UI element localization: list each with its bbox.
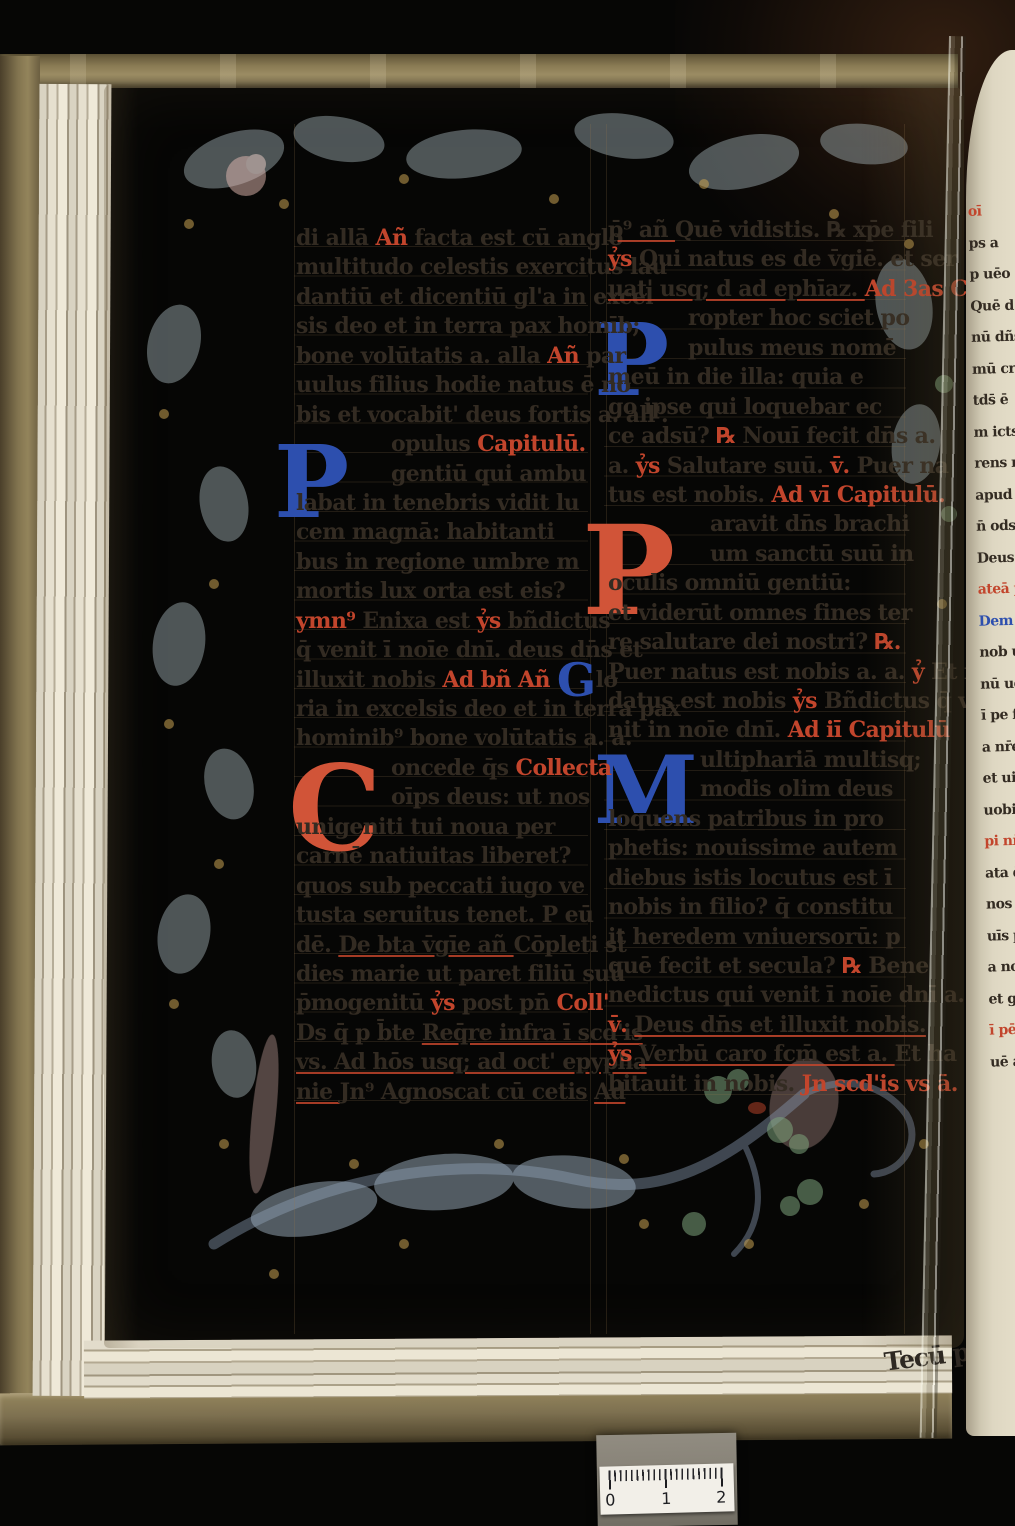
text-line: ī pēa — [989, 1014, 1015, 1047]
text-line: unigeniti tui noua per — [296, 813, 588, 842]
text-line: q̄ venit ī noīe dnī. deus dn̄s et — [296, 636, 588, 665]
text-line: oīps deus: ut nos — [296, 783, 588, 812]
text-segment: ỷs — [793, 688, 824, 714]
text-segment: uobis ō — [983, 801, 1015, 818]
text-line: tds̄ ē — [972, 384, 1015, 417]
text-line: bone volūtatis a. alla Añ par — [296, 342, 588, 371]
text-line: ata q̄ c — [985, 857, 1015, 890]
text-line: phetis: nouissime autem — [608, 834, 908, 863]
text-segment: ps a — [968, 235, 998, 252]
text-line: p uēo — [969, 258, 1015, 291]
text-segment: Ds q̄ p b̄te — [296, 1020, 422, 1046]
text-line: modis olim deus — [608, 775, 908, 804]
text-line: uīs p re — [986, 920, 1015, 953]
text-segment: De bta v̄gīe añ — [338, 932, 513, 958]
text-line: re salutare dei nostri? ℞. — [608, 628, 908, 657]
text-segment: quos sub peccati iugo ve — [296, 873, 585, 899]
text-segment: p uēo — [969, 266, 1010, 283]
text-line: opulus Capitulū. — [296, 430, 588, 459]
text-line: cem magnā: habitanti — [296, 518, 588, 547]
text-segment: et uia — [982, 770, 1015, 787]
text-segment: dē. — [296, 932, 338, 958]
text-line: gentiū qui ambu — [296, 460, 588, 489]
text-segment: et gnua — [988, 990, 1015, 1007]
text-segment: Enixa est — [362, 608, 476, 634]
text-line: nie Jn⁹ Agnoscat cū cetis Ad — [296, 1078, 588, 1107]
text-segment: uīs p re — [987, 927, 1015, 944]
text-line: p̄mogenitū ỷs post pn̄ Coll' — [296, 989, 588, 1018]
text-segment: dantiū et dicentiū gl'a in excel — [296, 284, 653, 310]
text-line: diebus istis locutus est ī — [608, 864, 908, 893]
text-segment: tusta seruitus tenet. P eū — [296, 902, 593, 928]
text-line: ultiphariā multisq; — [608, 746, 908, 775]
facing-page-sliver: oīps ap uēoQuē dnū dñsmū critds̄ ēm icts… — [966, 50, 1015, 1436]
text-line: illuxit nobis Ad bñ Añ Glo — [296, 666, 588, 695]
text-segment: gentiū qui ambu — [391, 461, 586, 487]
text-segment: Deus q̄ — [977, 549, 1015, 566]
text-segment: Añ — [547, 343, 586, 369]
text-segment: Dem — [978, 612, 1013, 629]
text-line: go ipse qui loquebar ec — [608, 393, 908, 422]
text-column-right: p̄⁹ añ Quē vidistis. ℞ xp̄e filiỷs Qui n… — [608, 216, 908, 1099]
text-segment: carnē natiuitas liberet? — [296, 843, 571, 869]
manuscript-photo-scene: P C P P M di allā Añ facta est cū anglom… — [0, 0, 1015, 1526]
text-segment: ata q̄ c — [985, 864, 1015, 881]
text-line: a nr̄e g — [981, 731, 1015, 764]
text-segment: bñdictus — [508, 608, 610, 634]
text-line: ỷs Qui natus es de v̄giē. et ser — [608, 245, 908, 274]
text-segment: datus est nobis — [608, 688, 793, 714]
text-segment: Et ha — [895, 1041, 957, 1067]
ruling-vertical-1 — [294, 124, 295, 1334]
text-segment: bone volūtatis a. alla — [296, 343, 547, 369]
text-segment: oīps deus: ut nos — [391, 784, 590, 810]
text-segment: ℞ — [842, 953, 868, 979]
text-line: nedictus qui venit ī noīe dnī a. a. — [608, 981, 908, 1010]
text-segment: m icts — [973, 423, 1015, 440]
text-line: ce adsū? ℞ Nouī fecit dn̄s a. — [608, 422, 908, 451]
text-line: et viderūt omnes fines ter — [608, 599, 908, 628]
text-segment: vs. Ad hōs usq; ad oct' epypha — [296, 1049, 647, 1075]
text-segment: nob uē — [979, 643, 1015, 660]
text-segment: opulus — [391, 431, 477, 457]
text-segment: ỷs — [608, 1041, 639, 1067]
text-line: rens ru — [974, 447, 1015, 480]
text-segment: aravit dn̄s brachi — [710, 511, 909, 537]
text-segment: et viderūt omnes fines ter — [608, 600, 912, 626]
ruler-label-0: 0 — [605, 1490, 616, 1509]
text-segment: Deus dn̄s et illuxit nobis. — [634, 1012, 926, 1038]
text-segment: tds̄ ē — [973, 392, 1009, 409]
text-segment: nit in noīe dnī. — [608, 717, 788, 743]
text-segment: pulus meus nomē — [688, 335, 896, 361]
text-line: oī — [967, 195, 1015, 228]
text-line: nit in noīe dnī. Ad iī Capitulū — [608, 716, 908, 745]
text-line: nū dñs — [971, 321, 1015, 354]
text-segment: apud d — [975, 486, 1015, 503]
text-line: vs. Ad hōs usq; ad oct' epypha — [296, 1048, 588, 1077]
text-line: ria in excelsis deo et in terra pax — [296, 695, 588, 724]
text-segment: dies marie ut paret filiū suū — [296, 961, 625, 987]
text-segment: Puer natus est nobis a. a. — [608, 659, 912, 685]
text-line: datus est nobis ỷs Bñdictus q̄ ve — [608, 687, 908, 716]
text-segment: phetis: nouissime autem — [608, 835, 897, 861]
text-line: dies marie ut paret filiū suū — [296, 960, 588, 989]
text-line: tusta seruitus tenet. P eū — [296, 901, 588, 930]
text-line: ỷs Verbū caro fcm̄ est a. Et ha — [608, 1040, 908, 1069]
text-line: ī pe ſint — [981, 699, 1015, 732]
text-segment: uat' usq; d ad ephīaz. — [608, 276, 865, 302]
text-segment: Ad iī Capitulū — [788, 717, 950, 743]
text-segment: nū uob — [980, 675, 1015, 692]
text-segment: go ipse qui loquebar ec — [608, 394, 882, 420]
text-segment: v̄. — [608, 1012, 634, 1038]
text-segment: ỷs — [636, 453, 667, 479]
text-segment: ỷs — [477, 608, 508, 634]
text-segment: mortis lux orta est eis? — [296, 578, 565, 604]
text-segment: Collecta — [516, 755, 612, 781]
text-segment: Jn⁹ — [340, 1079, 381, 1105]
text-line: multitudo celestis exercitus lau — [296, 253, 588, 282]
text-segment: re salutare dei nostri? — [608, 629, 875, 655]
text-segment: modis olim deus — [700, 776, 893, 802]
text-line: nobis in filio? q̄ constitu — [608, 893, 908, 922]
text-line: et uia — [982, 762, 1015, 795]
text-segment: a nr̄e g — [982, 738, 1015, 755]
text-segment: ī pe ſint — [981, 706, 1015, 723]
text-segment: Bñdictus q̄ ve — [824, 688, 984, 714]
text-segment: ropter hoc sciet po — [688, 305, 909, 331]
text-line: p̄⁹ añ Quē vidistis. ℞ xp̄e fili — [608, 216, 908, 245]
text-segment: tus est nobis. — [608, 482, 772, 508]
text-segment: nos p d — [986, 895, 1015, 912]
text-segment: Ad vī Capitulū. — [772, 482, 946, 508]
text-segment: ℞. — [875, 629, 901, 655]
book-cover-top-edge — [0, 54, 958, 88]
text-segment: ultiphariā multisq; — [700, 747, 921, 773]
text-line: mū cri — [972, 353, 1015, 386]
text-line: um sanctū suū in — [608, 540, 908, 569]
text-segment: p̄⁹ añ — [608, 217, 675, 243]
text-segment: Ad bñ Añ — [442, 667, 556, 693]
text-line: ropter hoc sciet po — [608, 304, 908, 333]
text-column-left: di allā Añ facta est cū anglomultitudo c… — [296, 224, 588, 1107]
text-line: mortis lux orta est eis? — [296, 577, 588, 606]
text-segment: Quē vidistis. ℞ xp̄e fili — [675, 217, 933, 243]
text-segment: Salutare suū. — [667, 453, 830, 479]
text-line: uulus filius hodie natus ē no — [296, 371, 588, 400]
text-line: ateā p̄s — [977, 573, 1015, 606]
text-line: nos p d — [986, 888, 1015, 921]
text-segment: diebus istis locutus est ī — [608, 865, 892, 891]
text-line: nū uob — [980, 668, 1015, 701]
text-line: aravit dn̄s brachi — [608, 510, 908, 539]
text-line: m icts — [973, 416, 1015, 449]
text-segment: oculis omniū gentiū: — [608, 570, 851, 596]
text-segment: meū in die illa: quia e — [608, 364, 863, 390]
text-segment: oncede q̄s — [391, 755, 516, 781]
text-line: dantiū et dicentiū gl'a in excel — [296, 283, 588, 312]
text-segment: uē a no — [990, 1053, 1015, 1070]
text-segment: loquens patribus in pro — [608, 806, 883, 832]
text-segment: nedictus qui venit ī noīe dnī a. a. — [608, 982, 992, 1008]
text-line: oncede q̄s Collecta — [296, 754, 588, 783]
text-segment: ce adsū? — [608, 423, 716, 449]
text-segment: labat in tenebris vidit lu — [296, 490, 579, 516]
text-segment: p̄mogenitū — [296, 990, 431, 1016]
text-segment: rens ru — [974, 454, 1015, 471]
text-segment: Qui natus es de v̄giē. et ser — [639, 246, 957, 272]
ruler-label-2: 2 — [716, 1487, 727, 1506]
text-line: sis deo et in terra pax homīb; — [296, 312, 588, 341]
text-line: pulus meus nomē — [608, 334, 908, 363]
text-segment: a. — [608, 453, 636, 479]
text-line: n̄ odsp — [976, 510, 1015, 543]
text-line: meū in die illa: quia e — [608, 363, 908, 392]
text-segment: cem magnā: habitanti — [296, 519, 554, 545]
text-segment: um sanctū suū in — [710, 541, 914, 567]
text-segment: Coll' — [556, 990, 609, 1016]
text-segment: Nouī fecit dn̄s a. — [742, 423, 935, 449]
text-segment: Verbū caro fcm̄ est a. — [639, 1041, 895, 1067]
text-line: ymn⁹ Enixa est ỷs bñdictus — [296, 607, 588, 636]
text-line: v̄. Deus dn̄s et illuxit nobis. — [608, 1011, 908, 1040]
text-line: a. ỷs Salutare suū. v̄. Puer na — [608, 452, 908, 481]
text-segment: mū cri — [972, 360, 1015, 377]
text-segment: Capitulū. — [477, 431, 585, 457]
text-segment: Jn scd'is vs ā. — [802, 1071, 958, 1097]
text-segment: illuxit nobis — [296, 667, 442, 693]
text-line: loquens patribus in pro — [608, 805, 908, 834]
text-segment: ℞ — [716, 423, 742, 449]
text-segment: quē fecit et secula? — [608, 953, 842, 979]
text-line: it heredem vniuersorū: p — [608, 923, 908, 952]
text-segment: nū dñs — [971, 329, 1015, 346]
text-segment: nobis in filio? q̄ constitu — [608, 894, 893, 920]
text-line: labat in tenebris vidit lu — [296, 489, 588, 518]
manuscript-page: P C P P M di allā Añ facta est cū anglom… — [104, 84, 964, 1348]
text-segment: a nobis — [987, 958, 1015, 975]
text-line: bis et vocabit' deus fortis a. all'. — [296, 401, 588, 430]
text-segment: ateā p̄s — [978, 580, 1015, 597]
facing-page-text-fragments: oīps ap uēoQuē dnū dñsmū critds̄ ēm icts… — [967, 195, 1015, 1078]
text-segment: unigeniti tui noua per — [296, 814, 555, 840]
text-segment: uulus filius hodie natus ē no — [296, 372, 630, 398]
text-line: Quē d — [970, 290, 1015, 323]
text-segment: bitauit in nobis. — [608, 1071, 802, 1097]
text-segment: bus in regione umbre m — [296, 549, 579, 575]
text-segment: Quē d — [970, 297, 1014, 314]
text-line: ps a — [968, 227, 1015, 260]
text-line: quos sub peccati iugo ve — [296, 872, 588, 901]
text-line: uobis ō — [983, 794, 1015, 827]
text-segment: post pn̄ — [462, 990, 557, 1016]
text-line: dē. De bta v̄gīe añ Cōpleti st̄ — [296, 931, 588, 960]
text-line: di allā Añ facta est cū anglo — [296, 224, 588, 253]
text-line: pi nr̄o — [984, 825, 1015, 858]
text-segment: ī pēa — [989, 1022, 1015, 1039]
text-line: bus in regione umbre m — [296, 548, 588, 577]
text-segment: hominib⁹ bone volūtatis a. a. — [296, 725, 632, 751]
text-segment: v̄. — [830, 453, 856, 479]
text-segment: Agnoscat cū cetis — [381, 1079, 594, 1105]
text-segment: ymn⁹ — [296, 608, 362, 634]
text-segment: it heredem vniuersorū: p — [608, 924, 900, 950]
text-line: uē a no — [990, 1046, 1015, 1079]
text-line: oculis omniū gentiū: — [608, 569, 908, 598]
text-segment: Bene — [868, 953, 928, 979]
text-segment: ỷs — [431, 990, 462, 1016]
text-segment: oī — [968, 204, 982, 220]
cm-scale-ruler: 0 1 2 — [599, 1463, 734, 1514]
text-segment: Añ — [375, 225, 414, 251]
text-segment: pi nr̄o — [984, 833, 1015, 850]
text-line: hominib⁹ bone volūtatis a. a. — [296, 724, 588, 753]
text-segment: di allā — [296, 225, 375, 251]
text-segment: nie — [296, 1079, 340, 1105]
text-line: tus est nobis. Ad vī Capitulū. — [608, 481, 908, 510]
text-segment: ỷs — [608, 246, 639, 272]
text-line: Puer natus est nobis a. a. ỷ Et fili⁹ — [608, 658, 908, 687]
text-line: nob uē — [979, 636, 1015, 669]
text-line: bitauit in nobis. Jn scd'is vs ā. — [608, 1070, 908, 1099]
text-line: apud d — [975, 479, 1015, 512]
text-line: carnē natiuitas liberet? — [296, 842, 588, 871]
text-line: et gnua — [988, 983, 1015, 1016]
text-line: Ds q̄ p b̄te Req̄re infra ī scd'is — [296, 1019, 588, 1048]
text-line: a nobis — [987, 951, 1015, 984]
text-segment: facta est cū anglo — [414, 225, 622, 251]
text-segment: ỷ — [912, 659, 931, 685]
text-line: Deus q̄ — [977, 542, 1015, 575]
text-line: uat' usq; d ad ephīaz. Ad 3as Ca'm — [608, 275, 908, 304]
text-line: quē fecit et secula? ℞ Bene — [608, 952, 908, 981]
page-stack-left-edges — [33, 84, 112, 1396]
text-segment: n̄ odsp — [976, 518, 1015, 535]
text-segment: Puer na — [857, 453, 949, 479]
ruler-label-1: 1 — [661, 1489, 672, 1508]
text-segment: sis deo et in terra pax homīb; — [296, 313, 640, 339]
text-line: Dem — [978, 605, 1015, 638]
